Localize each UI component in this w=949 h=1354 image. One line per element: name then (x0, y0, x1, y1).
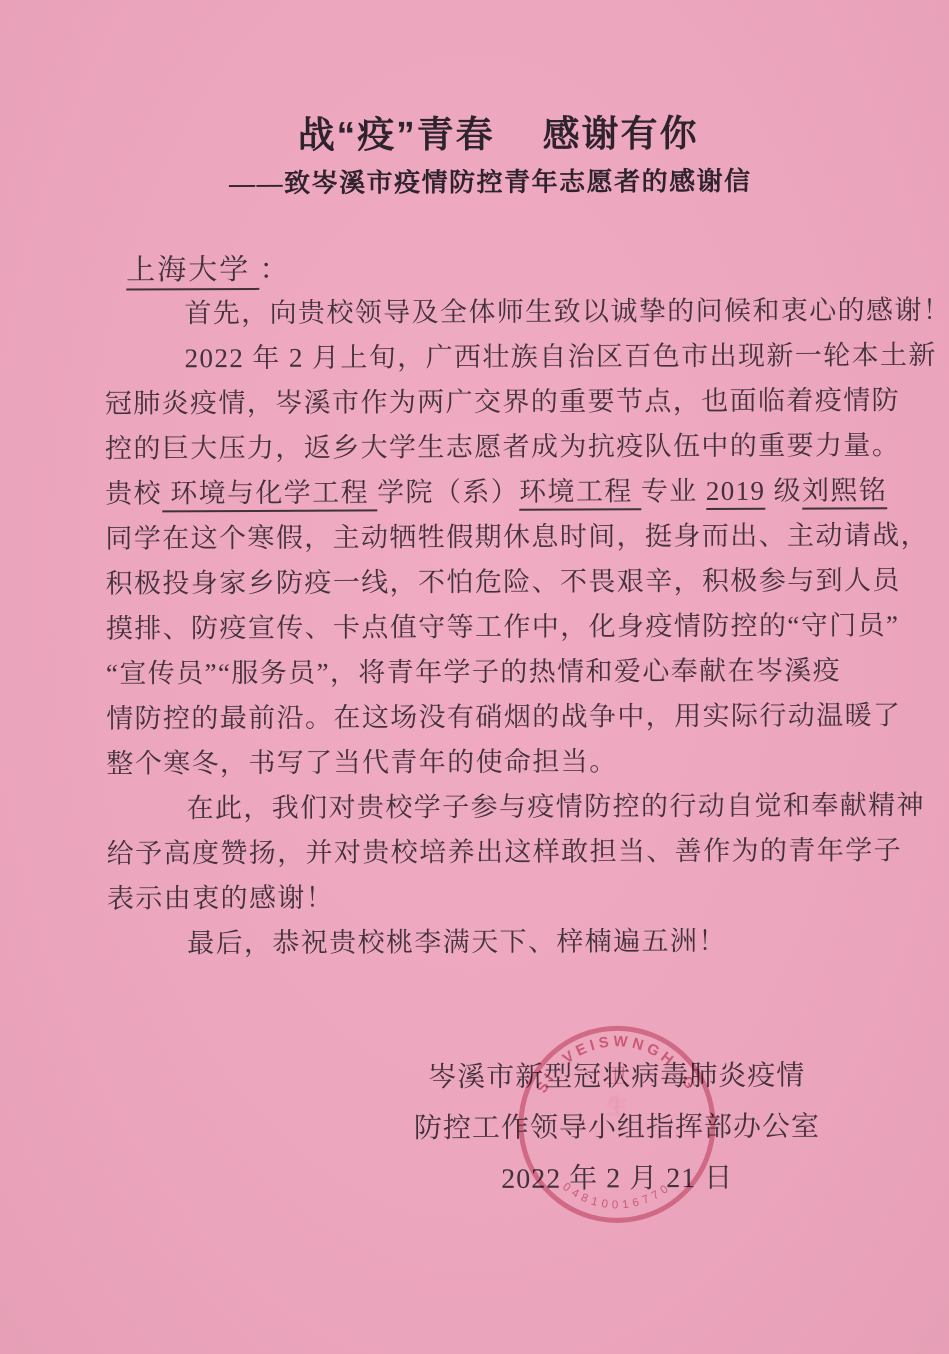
body-line: 表示由衷的感谢！ (107, 873, 897, 921)
body-segment: 2022 年 2 月上旬，广西壮族自治区百色市出现新一轮本土新 (185, 340, 937, 373)
body-line: 在此，我们对贵校学子参与疫情防控的行动自觉和奉献精神 (106, 783, 896, 831)
seal-inner-character: 卫 (606, 1065, 627, 1088)
official-seal: SI VEISWNGH G 04810016770 卫 生 (514, 1021, 721, 1228)
body-line: 贵校 环境与化学工程 学院（系）环境工程 专业 2019 级刘熙铭 (105, 468, 895, 516)
seal-inner-faint-character: 生 (606, 1095, 627, 1118)
letter-title-part2: 感谢有你 (543, 113, 699, 155)
body-line: 2022 年 2 月上旬，广西壮族自治区百色市出现新一轮本土新 (105, 333, 895, 381)
document-page: 战“疫”青春感谢有你 ——致岑溪市疫情防控青年志愿者的感谢信 上海大学 ： 首先… (0, 0, 949, 1354)
salutation: 上海大学 ： (126, 247, 290, 289)
body-segment: 专业 (641, 476, 706, 506)
letter-title-part1: 战“疫”青春 (298, 114, 495, 156)
body-line: 整个寒冬，书写了当代青年的使命担当。 (106, 738, 896, 786)
body-segment: 整个寒冬，书写了当代青年的使命担当。 (106, 746, 617, 778)
body-segment: 情防控的最前沿。在这场没有硝烟的战争中，用实际行动温暖了 (106, 700, 901, 733)
body-segment: 积极投身家乡防疫一线，不怕危险、不畏艰辛，积极参与到人员 (106, 565, 901, 598)
body-segment: 控的巨大压力，返乡大学生志愿者成为抗疫队伍中的重要力量。 (105, 430, 900, 463)
underlined-fill-in: 环境与化学工程 (162, 477, 377, 512)
letter-title: 战“疫”青春感谢有你 (24, 102, 949, 160)
body-segment: “宣传员”“服务员”，将青年学子的热情和爱心奉献在岑溪疫 (106, 655, 841, 688)
body-line: 情防控的最前沿。在这场没有硝烟的战争中，用实际行动温暖了 (106, 693, 896, 741)
body-line: 同学在这个寒假，主动牺牲假期休息时间，挺身而出、主动请战， (105, 513, 895, 561)
salutation-recipient: 上海大学 (126, 254, 259, 291)
seal-serial-number: 04810016770 (560, 1181, 674, 1212)
scanned-letter: 战“疫”青春感谢有你 ——致岑溪市疫情防控青年志愿者的感谢信 上海大学 ： 首先… (0, 0, 949, 1354)
underlined-fill-in: 环境工程 (519, 476, 641, 511)
underlined-fill-in: 2019 (706, 476, 766, 510)
body-segment: 冠肺炎疫情，岑溪市作为两广交界的重要节点，也面临着疫情防 (105, 385, 900, 418)
body-segment: 学院（系） (377, 477, 519, 508)
body-segment: 同学在这个寒假，主动牺牲假期休息时间，挺身而出、主动请战， (105, 520, 929, 554)
body-line: 积极投身家乡防疫一线，不怕危险、不畏艰辛，积极参与到人员 (105, 558, 895, 606)
body-segment: 摸排、防疫宣传、卡点值守等工作中，化身疫情防控的“守门员” (106, 610, 900, 643)
seal-ring (521, 1028, 714, 1221)
body-line: 冠肺炎疫情，岑溪市作为两广交界的重要节点，也面临着疫情防 (105, 378, 895, 426)
body-line: 首先，向贵校领导及全体师生致以诚挚的问候和衷心的感谢！ (104, 288, 894, 336)
body-line: “宣传员”“服务员”，将青年学子的热情和爱心奉献在岑溪疫 (106, 648, 896, 696)
body-segment: 级 (765, 476, 802, 506)
body-segment: 首先，向贵校领导及全体师生致以诚挚的问候和衷心的感谢！ (184, 295, 949, 328)
body-line: 摸排、防疫宣传、卡点值守等工作中，化身疫情防控的“守门员” (106, 603, 896, 651)
body-segment: 贵校 (105, 478, 162, 508)
body-segment: 表示由衷的感谢！ (107, 883, 334, 914)
body-line: 最后，恭祝贵校桃李满天下、梓楠遍五洲！ (107, 918, 897, 966)
underlined-fill-in: 刘熙铭 (802, 475, 887, 509)
body-segment: 最后，恭祝贵校桃李满天下、梓楠遍五洲！ (187, 926, 727, 958)
body-segment: 给予高度赞扬，并对贵校培养出这样敢担当、善作为的青年学子 (107, 835, 902, 868)
letter-subtitle: ——致岑溪市疫情防控青年志愿者的感谢信 (16, 160, 949, 201)
body-segment: 在此，我们对贵校学子参与疫情防控的行动自觉和奉献精神 (187, 790, 926, 823)
body-line: 给予高度赞扬，并对贵校培养出这样敢担当、善作为的青年学子 (107, 828, 897, 876)
salutation-colon: ： (259, 254, 290, 286)
body-line: 控的巨大压力，返乡大学生志愿者成为抗疫队伍中的重要力量。 (105, 423, 895, 471)
body-text: 首先，向贵校领导及全体师生致以诚挚的问候和衷心的感谢！2022 年 2 月上旬，… (104, 288, 897, 966)
